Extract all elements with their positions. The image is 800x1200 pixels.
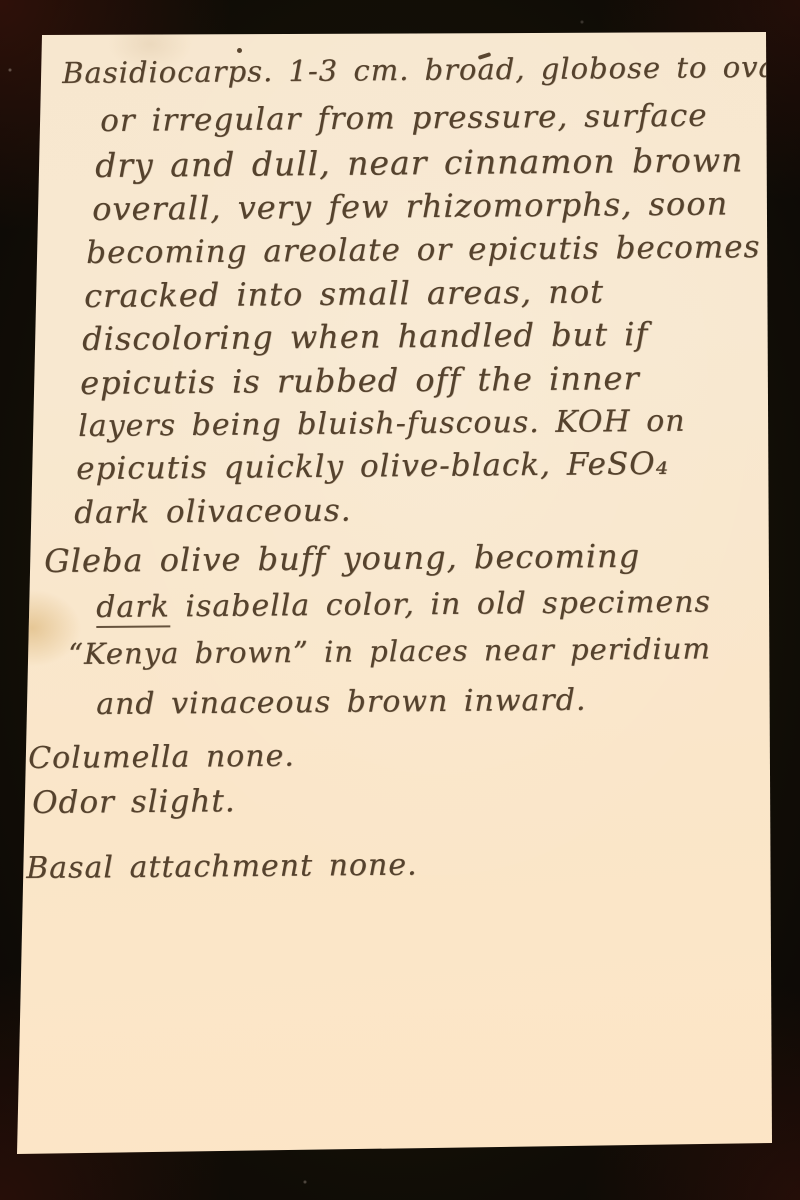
handwritten-line: Columella none. [28, 740, 295, 775]
handwritten-line: overall, very few rhizomorphs, soon [92, 186, 728, 227]
handwritten-line: Basidiocarps. 1-3 cm. broad, globose to … [62, 52, 787, 90]
handwritten-line: “Kenya brown” in places near peridium [68, 633, 711, 670]
line-continuation: isabella color, in old specimens [170, 585, 711, 625]
handwritten-line: epicutis is rubbed off the inner [80, 361, 640, 401]
handwritten-line: discoloring when handled but if [82, 317, 648, 357]
ink-speck [237, 48, 242, 53]
handwritten-line: Odor slight. [32, 784, 236, 820]
photo-of-note-card: { "colors": { "paper": "#f8e7cc", "ink":… [0, 0, 800, 1200]
note-card-paper: Basidiocarps. 1-3 cm. broad, globose to … [0, 0, 800, 1200]
handwritten-line: becoming areolate or epicutis becomes [86, 230, 761, 270]
handwritten-line: dark olivaceous. [74, 494, 352, 531]
handwritten-line: or irregular from pressure, surface [100, 99, 708, 138]
handwritten-line: dry and dull, near cinnamon brown [95, 142, 743, 184]
handwritten-line: and vinaceous brown inward. [96, 684, 587, 721]
handwritten-line: dark isabella color, in old specimens [96, 586, 711, 624]
handwritten-line: Gleba olive buff young, becoming [44, 539, 640, 579]
handwritten-line: cracked into small areas, not [84, 274, 604, 314]
underlined-word: dark [96, 589, 170, 628]
handwritten-line: epicutis quickly olive-black, FeSO₄ [76, 447, 669, 486]
handwritten-line: Basal attachment none. [26, 849, 418, 885]
handwritten-line: layers being bluish-fuscous. KOH on [78, 405, 686, 443]
